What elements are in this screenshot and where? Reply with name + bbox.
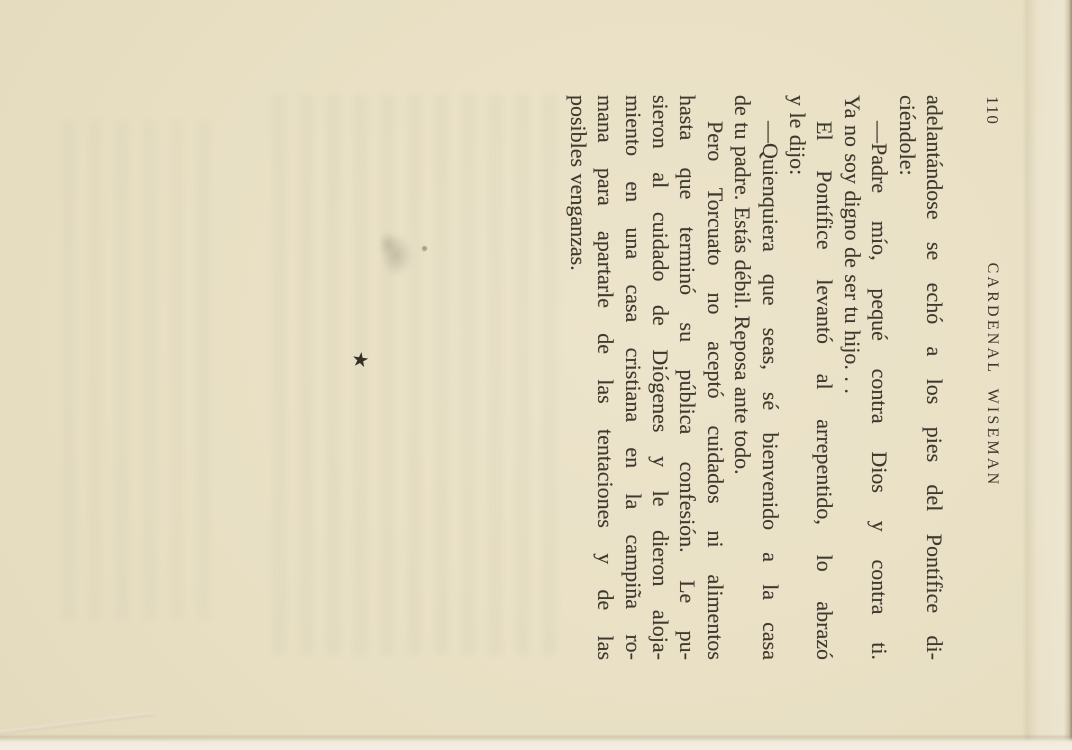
body-text: adelantándose se echó a los pies del Pon… [564,95,948,660]
text-line: El Pontífice levantó al arrepentido, lo … [811,95,838,660]
text-line: Pero Torcuato no aceptó cuidados ni alim… [701,95,728,660]
paper-crease [0,712,154,734]
text-line: ciéndole: [893,95,920,660]
page-top-edge [1022,0,1072,750]
text-line: Ya no soy digno de ser tu hijo. . . [838,95,865,660]
text-line: de tu padre. Estás débil. Reposa ante to… [729,95,756,660]
paper-smudge [380,223,416,281]
text-line: hasta que terminó su pública confesión. … [674,95,701,660]
text-line: miento en una casa cristiana en la campi… [619,95,646,660]
verso-showthrough-upper [264,95,556,655]
page-fore-edge [0,734,1072,750]
running-head: CARDENAL WISEMAN [983,0,1001,750]
book-page: 110 CARDENAL WISEMAN adelantándose se ec… [0,0,1072,750]
section-separator-star-icon: ★ [346,346,374,374]
paper-speck [422,246,427,251]
text-line: mana para apartarle de las tentaciones y… [592,95,619,660]
text-line: adelantándose se echó a los pies del Pon… [921,95,948,660]
text-line: y le dijo: [784,95,811,660]
text-line: —Padre mío, pequé contra Dios y contra t… [866,95,893,660]
text-line: sieron al cuidado de Diógenes y le diero… [647,95,674,660]
verso-showthrough-lower [50,120,210,620]
scanned-book-page-rotated: 110 CARDENAL WISEMAN adelantándose se ec… [0,0,1072,750]
text-line: —Quienquiera que seas, sé bienvenido a l… [756,95,783,660]
page-header: 110 CARDENAL WISEMAN [978,0,1002,750]
text-line: posibles venganzas. [564,95,591,660]
